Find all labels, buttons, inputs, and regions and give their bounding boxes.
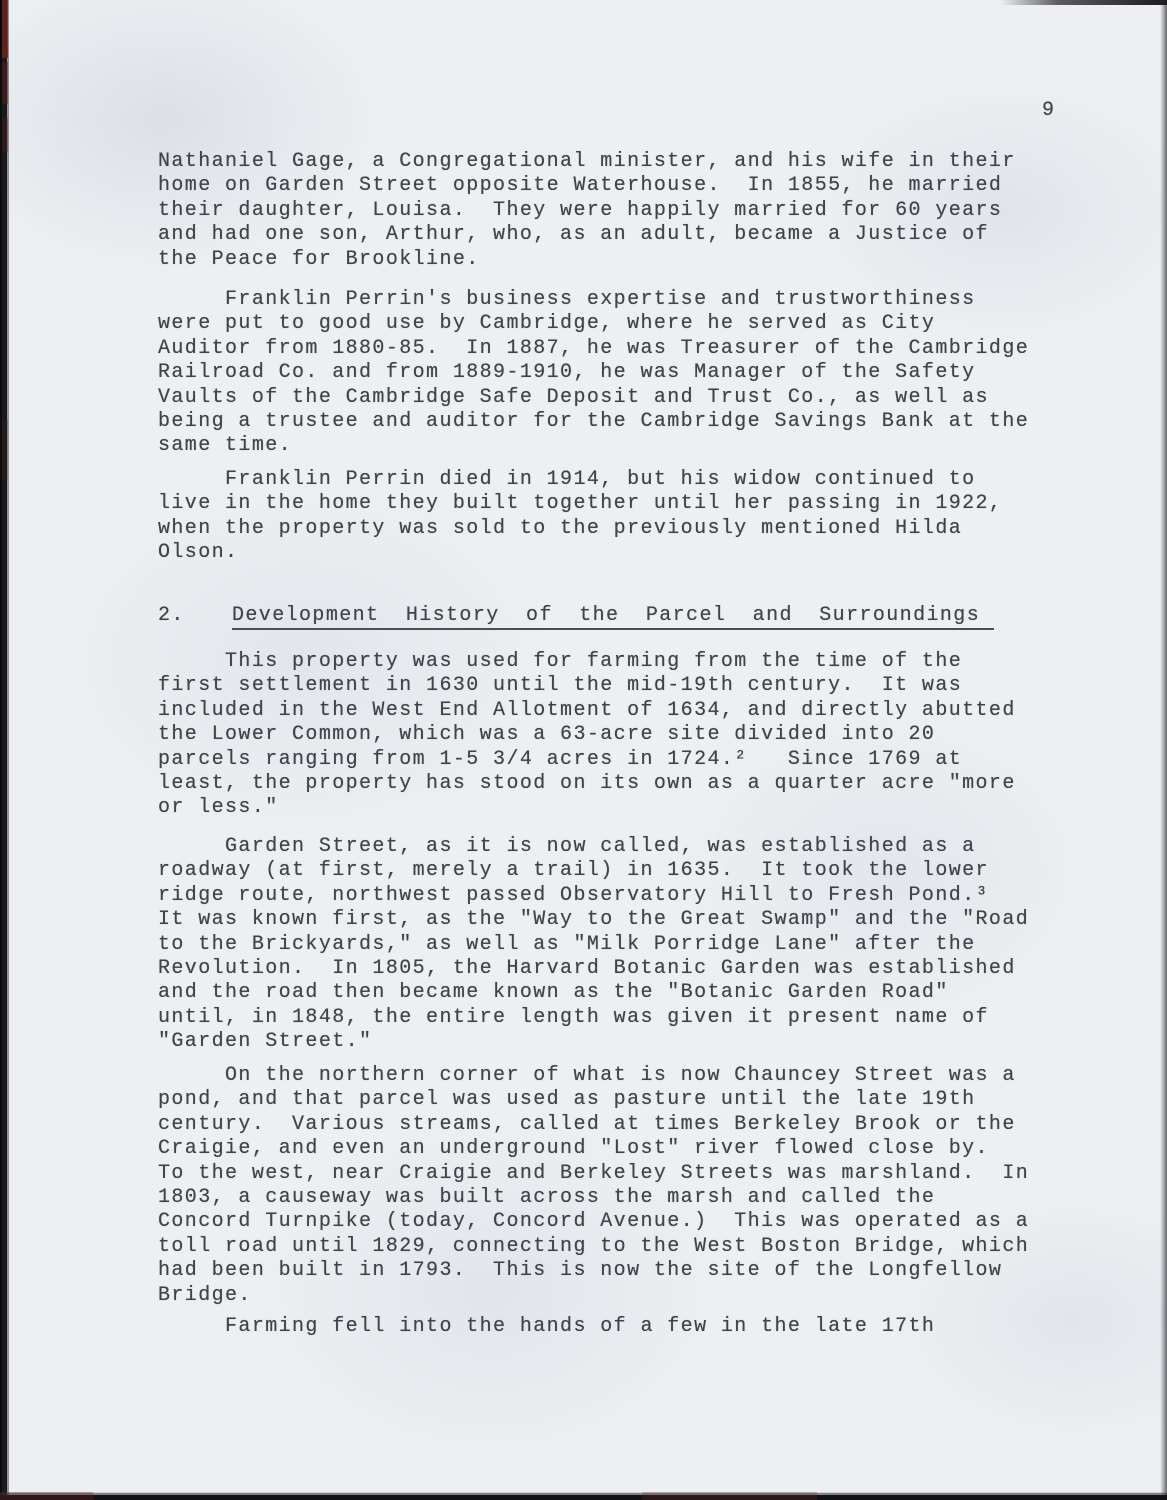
section-heading: 2.Development History of the Parcel and …: [158, 604, 994, 628]
scan-artifact-top-edge: [1000, 0, 1167, 5]
page-number: 9: [1042, 99, 1055, 123]
paragraph-garden-street: Garden Street, as it is now called, was …: [158, 835, 1029, 1055]
paragraph-gage-family: Nathaniel Gage, a Congregational ministe…: [158, 150, 1016, 272]
paragraph-perrin-business: Franklin Perrin's business expertise and…: [158, 288, 1029, 459]
scan-artifact-bottom-edge: [0, 1492, 1167, 1500]
red-edge-mark: [2, 0, 8, 58]
red-edge-mark: [2, 62, 8, 104]
section-number: 2.: [158, 604, 232, 628]
paragraph-perrin-death: Franklin Perrin died in 1914, but his wi…: [158, 468, 1002, 566]
scan-artifact-right-edge: [1160, 0, 1167, 1500]
section-title: Development History of the Parcel and Su…: [232, 604, 994, 630]
scan-artifact-left-edge: [0, 0, 9, 1500]
paragraph-farming-few: Farming fell into the hands of a few in …: [158, 1315, 935, 1339]
scanned-document-page: 9 Nathaniel Gage, a Congregational minis…: [0, 0, 1167, 1500]
red-edge-mark: [2, 420, 8, 480]
paragraph-chauncey-pond: On the northern corner of what is now Ch…: [158, 1064, 1029, 1308]
red-edge-mark: [2, 118, 8, 152]
paragraph-farming-history: This property was used for farming from …: [158, 650, 1016, 821]
